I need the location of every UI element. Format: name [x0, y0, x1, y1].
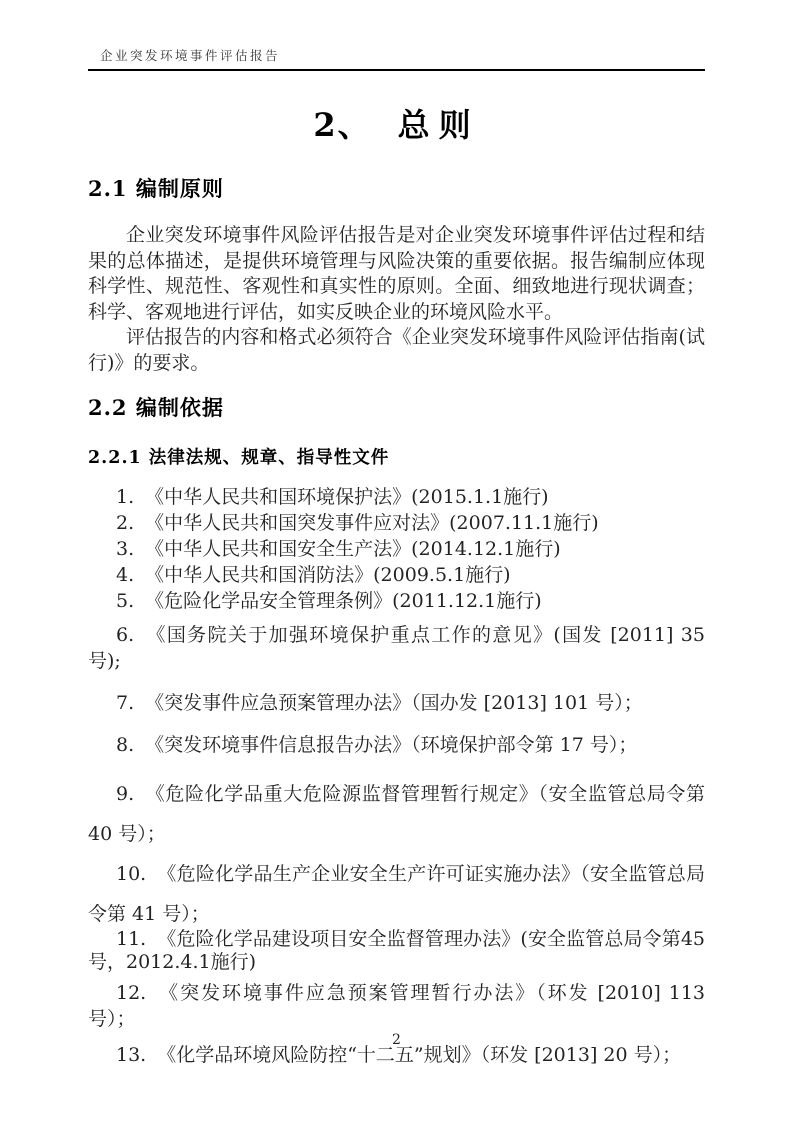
list-item-text: 《中华人民共和国消防法》(2009.5.1施行) [145, 564, 510, 586]
section-heading-2-1: 2.1 编制原则 [88, 175, 705, 203]
list-item-text: 《中华人民共和国安全生产法》(2014.12.1施行) [145, 538, 561, 560]
paragraph: 评估报告的内容和格式必须符合《企业突发环境事件风险评估指南(试行)》的要求。 [88, 325, 705, 376]
list-item: 8.《突发环境事件信息报告办法》（环境保护部令第 17 号）； [88, 732, 705, 758]
document-page: 企业突发环境事件评估报告 2、总则 2.1 编制原则 企业突发环境事件风险评估报… [0, 0, 793, 1122]
list-item-text: 《国务院关于加强环境保护重点工作的意见》(国发 [2011] 35 号); [88, 624, 705, 672]
header-title: 企业突发环境事件评估报告 [100, 48, 280, 63]
list-item-number: 1. [116, 486, 134, 508]
list-item-number: 6. [116, 624, 134, 646]
chapter-title: 2、总则 [88, 103, 705, 147]
list-item: 11.《危险化学品建设项目安全监督管理办法》(安全监管总局令第45号，2012.… [88, 928, 705, 974]
list-item: 5.《危险化学品安全管理条例》(2011.12.1施行) [88, 588, 705, 614]
list-item: 7.《突发事件应急预案管理办法》（国办发 [2013] 101 号）； [88, 690, 705, 716]
subsection-heading-2-2-1: 2.2.1 法律法规、规章、指导性文件 [88, 446, 705, 470]
list-item-number: 7. [116, 692, 134, 714]
list-item: 1.《中华人民共和国环境保护法》(2015.1.1施行) [88, 484, 705, 510]
list-item-number: 12. [116, 982, 146, 1004]
list-item-text: 《危险化学品生产企业安全生产许可证实施办法》（安全监管总局令第 41 号）； [88, 863, 705, 925]
page-header: 企业突发环境事件评估报告 [88, 46, 705, 71]
section-heading-2-2: 2.2 编制依据 [88, 394, 705, 422]
page-number: 2 [392, 1032, 401, 1048]
list-item-text: 《危险化学品建设项目安全监督管理办法》(安全监管总局令第45号，2012.4.1… [88, 928, 705, 973]
chapter-number: 2、 [313, 106, 371, 144]
page-footer: 2 [0, 1032, 793, 1048]
list-item-number: 10. [116, 863, 146, 885]
list-item-text: 《突发事件应急预案管理办法》（国办发 [2013] 101 号）； [145, 692, 643, 714]
list-item-number: 9. [116, 783, 134, 805]
chapter-title-text: 总则 [398, 106, 480, 144]
list-item-number: 4. [116, 564, 134, 586]
list-item-text: 《危险化学品安全管理条例》(2011.12.1施行) [145, 590, 542, 612]
list-item-number: 5. [116, 590, 134, 612]
list-item: 10.《危险化学品生产企业安全生产许可证实施办法》（安全监管总局令第 41 号）… [88, 854, 705, 934]
list-item: 12.《突发环境事件应急预案管理暂行办法》（环发 [2010] 113号）； [88, 980, 705, 1032]
list-item: 6.《国务院关于加强环境保护重点工作的意见》(国发 [2011] 35 号); [88, 622, 705, 674]
list-item-number: 3. [116, 538, 134, 560]
list-item: 2.《中华人民共和国突发事件应对法》(2007.11.1施行) [88, 510, 705, 536]
list-item-text: 《危险化学品重大危险源监督管理暂行规定》（安全监管总局令第 40 号）； [88, 783, 705, 845]
paragraph: 企业突发环境事件风险评估报告是对企业突发环境事件评估过程和结果的总体描述，是提供… [88, 223, 705, 325]
list-item-text: 《中华人民共和国突发事件应对法》(2007.11.1施行) [145, 512, 599, 534]
list-item-number: 8. [116, 734, 134, 756]
list-item-text: 《突发环境事件应急预案管理暂行办法》（环发 [2010] 113号）； [88, 982, 705, 1030]
list-item-text: 《突发环境事件信息报告办法》（环境保护部令第 17 号）； [145, 734, 637, 756]
list-item: 9.《危险化学品重大危险源监督管理暂行规定》（安全监管总局令第 40 号）； [88, 774, 705, 854]
list-item: 3.《中华人民共和国安全生产法》(2014.12.1施行) [88, 536, 705, 562]
list-item: 4.《中华人民共和国消防法》(2009.5.1施行) [88, 562, 705, 588]
legal-reference-list: 1.《中华人民共和国环境保护法》(2015.1.1施行) 2.《中华人民共和国突… [88, 484, 705, 1068]
list-item-number: 11. [116, 928, 146, 950]
list-item-number: 2. [116, 512, 134, 534]
list-item-text: 《中华人民共和国环境保护法》(2015.1.1施行) [145, 486, 548, 508]
